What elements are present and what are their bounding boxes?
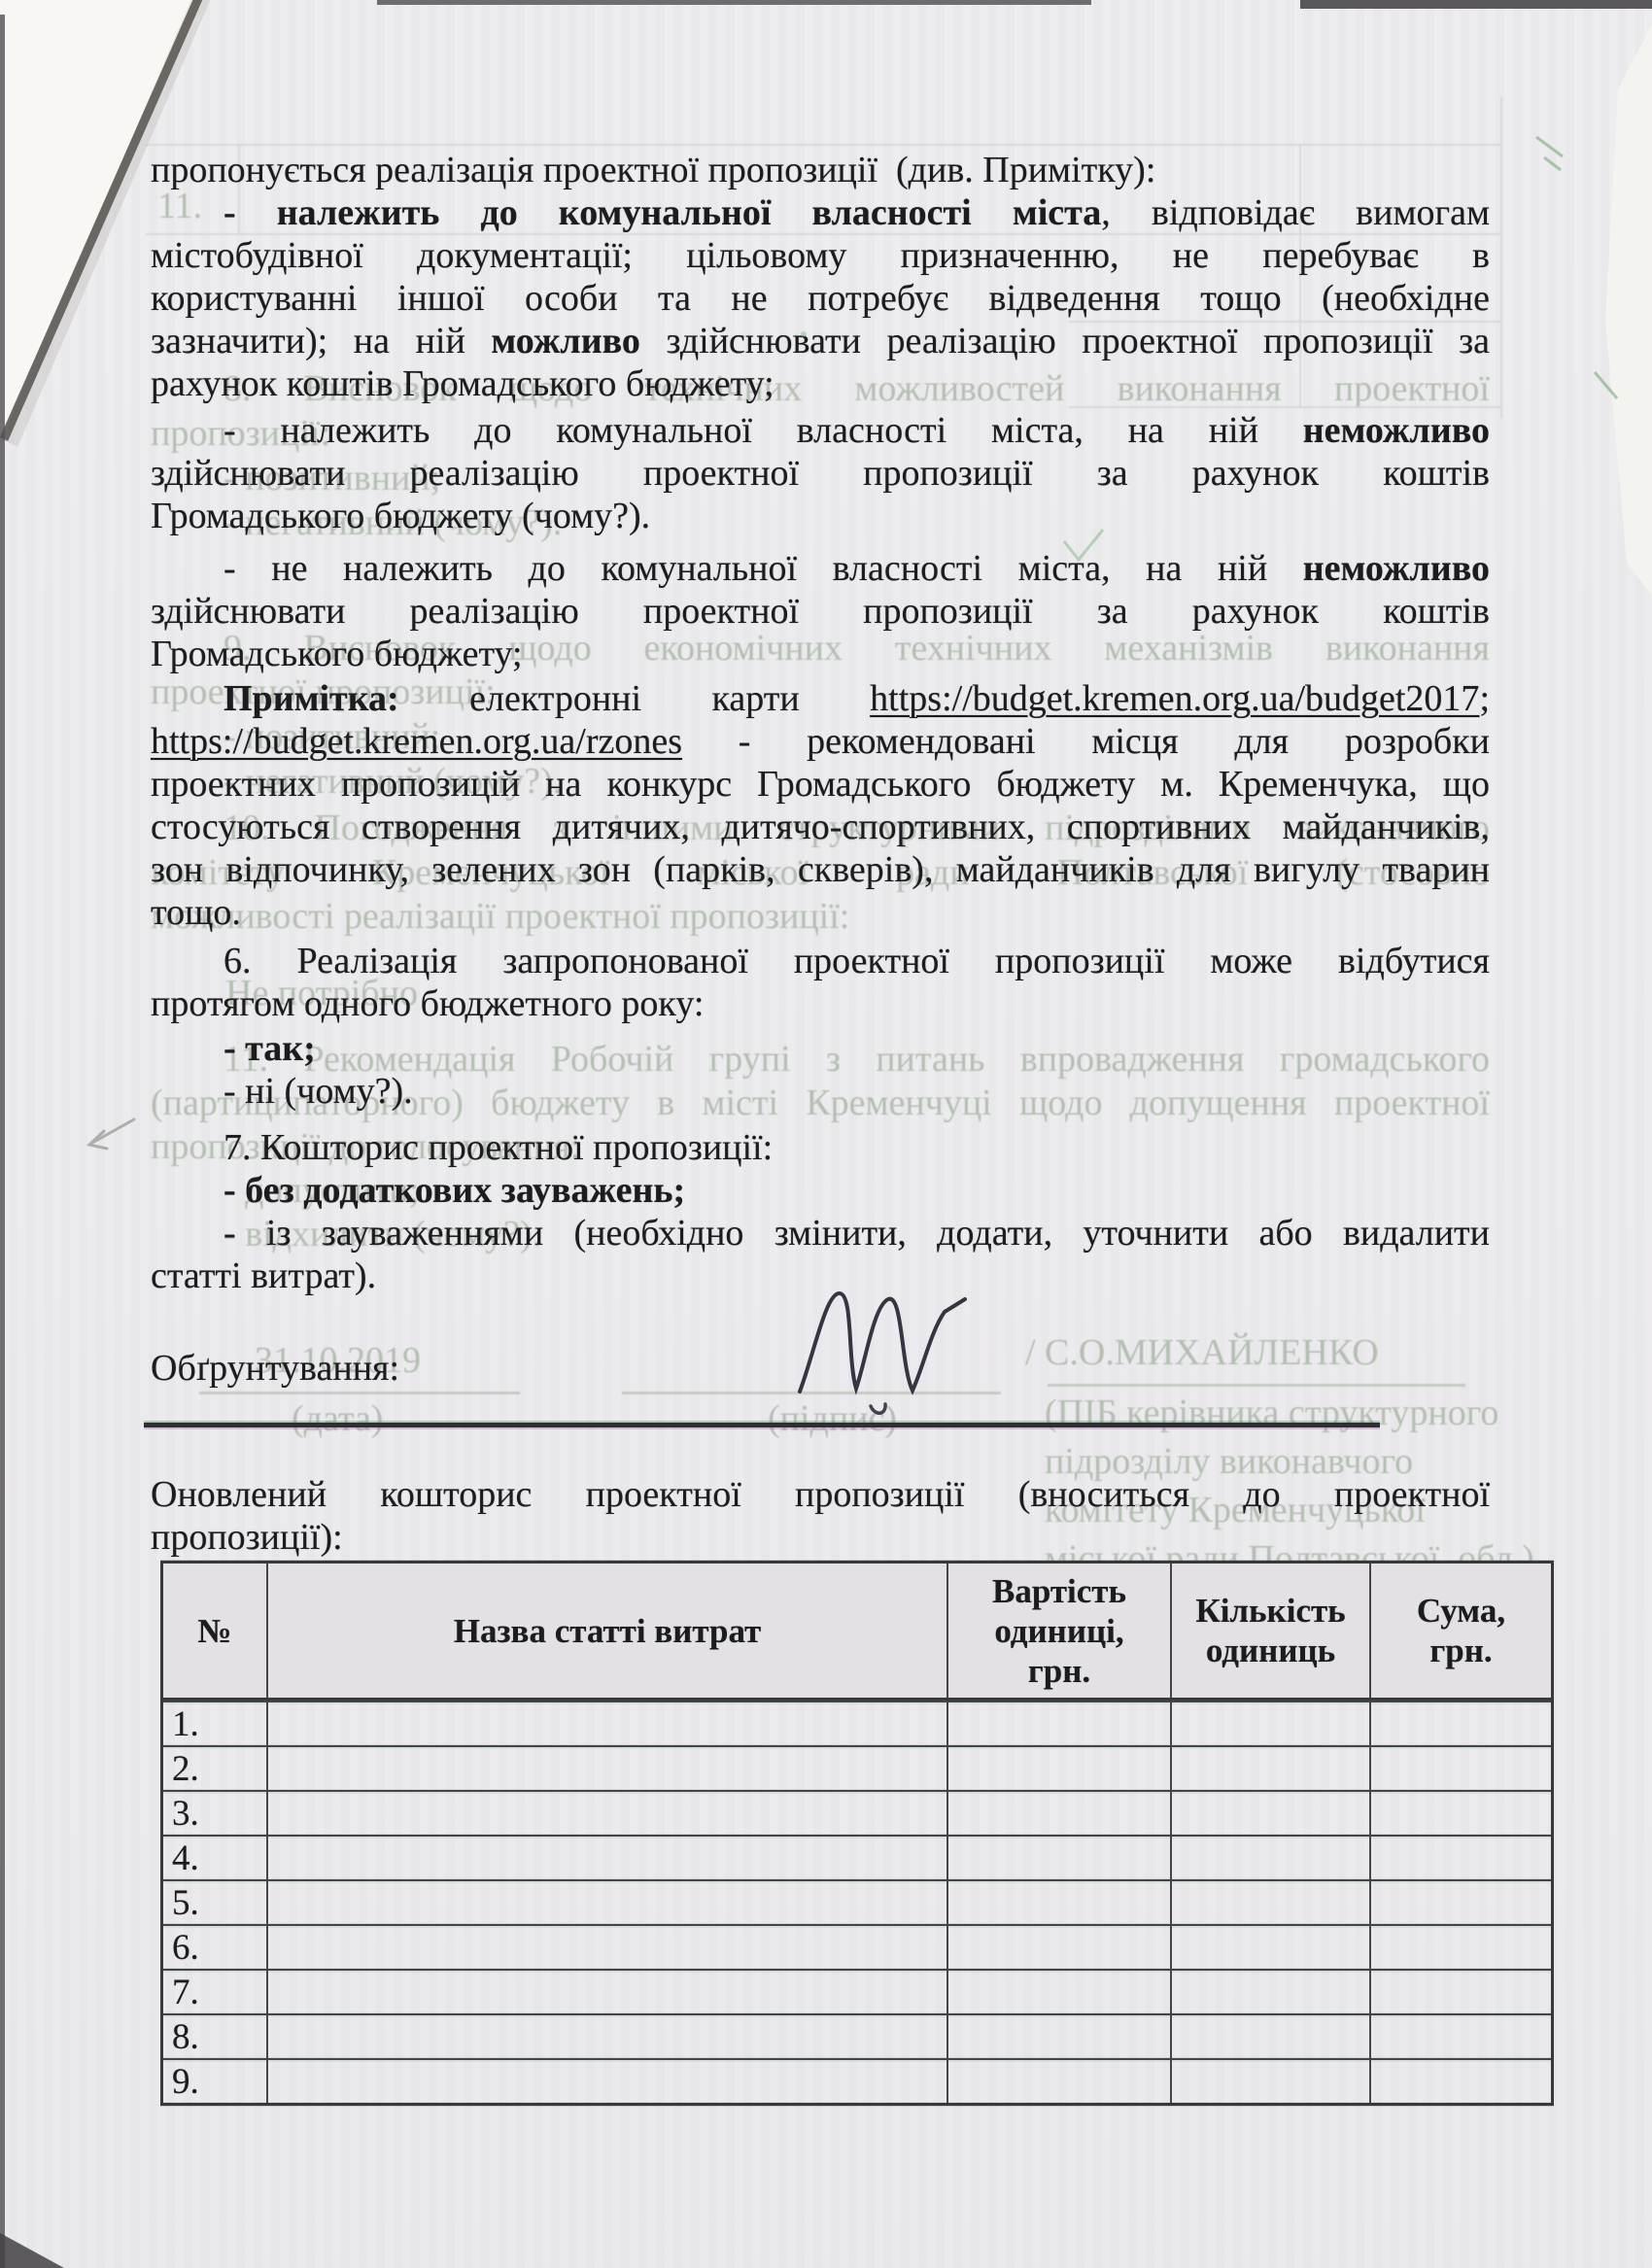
document-line: користуванні іншої особи та не потребує …	[151, 277, 1490, 320]
table-header-row: №Назва статті витратВартість одиниці, гр…	[163, 1564, 1551, 1701]
empty-cell	[948, 1747, 1172, 1790]
empty-cell	[1371, 1702, 1551, 1745]
empty-cell	[1172, 2060, 1371, 2103]
document-line: стосуються створення дитячих, дитячо-спо…	[151, 806, 1490, 848]
table-row: 3.	[163, 1790, 1551, 1835]
table-row: 4.	[163, 1835, 1551, 1879]
empty-cell	[1371, 2060, 1551, 2103]
ghost-text: (дата)	[292, 1397, 383, 1440]
table-row: 8.	[163, 2013, 1551, 2058]
empty-cell	[268, 1837, 948, 1879]
empty-cell	[1172, 1971, 1371, 2013]
empty-cell	[1371, 1926, 1551, 1969]
url-text: https://budget.kremen.org.ua/rzones	[151, 721, 682, 762]
empty-cell	[1371, 1747, 1551, 1790]
empty-cell	[268, 1971, 948, 2013]
document-line: 7. Кошторис проектної пропозиції:	[151, 1126, 1490, 1169]
ghost-underline	[622, 1392, 1001, 1394]
empty-cell	[1172, 1702, 1371, 1745]
row-number-cell: 1.	[163, 1702, 268, 1745]
empty-cell	[1371, 1971, 1551, 2013]
updated-estimate-text: Оновлений кошторис проектної пропозиції …	[151, 1473, 1490, 1559]
ghost-gridline	[1500, 97, 1502, 418]
table-header-cell: Вартість одиниці, грн.	[948, 1564, 1172, 1698]
empty-cell	[268, 2015, 948, 2058]
empty-cell	[1172, 1926, 1371, 1969]
row-number-cell: 5.	[163, 1881, 268, 1924]
document-line: Громадського бюджету;	[151, 633, 1490, 675]
table-header-cell: Сума, грн.	[1371, 1564, 1551, 1698]
table-row: 6.	[163, 1924, 1551, 1969]
document-line: - без додаткових зауважень;	[151, 1169, 1490, 1212]
table-row: 7.	[163, 1969, 1551, 2013]
empty-cell	[1172, 2015, 1371, 2058]
document-line: 6. Реалізація запропонованої проектної п…	[151, 940, 1490, 982]
ghost-text: (підпис)	[768, 1397, 897, 1440]
document-line: Оновлений кошторис проектної пропозиції …	[151, 1473, 1490, 1516]
empty-cell	[1371, 1792, 1551, 1835]
document-line: протягом одного бюджетного року:	[151, 982, 1490, 1025]
empty-cell	[948, 1702, 1172, 1745]
empty-cell	[268, 1702, 948, 1745]
document-line: містобудівної документації; цільовому пр…	[151, 234, 1490, 277]
empty-cell	[948, 1837, 1172, 1879]
empty-cell	[1172, 1837, 1371, 1879]
document-line: - ні (чому?).	[151, 1070, 1490, 1113]
cost-estimate-table: №Назва статті витратВартість одиниці, гр…	[160, 1561, 1554, 2106]
horizontal-rule	[144, 1423, 1380, 1427]
empty-cell	[268, 1926, 948, 1969]
row-number-cell: 7.	[163, 1971, 268, 2013]
table-header-cell: №	[163, 1564, 268, 1698]
table-header-cell: Кількість одиниць	[1172, 1564, 1371, 1698]
document-line: тощо.	[151, 891, 1490, 934]
empty-cell	[1172, 1792, 1371, 1835]
document-line: зазначити); на ній можливо здійснювати р…	[151, 320, 1490, 362]
empty-cell	[948, 1881, 1172, 1924]
empty-cell	[1371, 1881, 1551, 1924]
ghost-underline	[1048, 1384, 1465, 1387]
document-line: - належить до комунальної власності міст…	[151, 191, 1490, 234]
empty-cell	[1371, 1837, 1551, 1879]
table-row: 1.	[163, 1701, 1551, 1745]
document-line: Примітка: електронні карти https://budge…	[151, 677, 1490, 720]
empty-cell	[268, 2060, 948, 2103]
justification-label: Обґрунтування:	[151, 1347, 399, 1390]
ghost-text: (ПІБ керівника структурного	[1045, 1392, 1498, 1434]
document-line: - не належить до комунальної власності м…	[151, 547, 1490, 590]
empty-cell	[1172, 1881, 1371, 1924]
row-number-cell: 6.	[163, 1926, 268, 1969]
document-line: пропозиції):	[151, 1516, 1490, 1559]
table-row: 2.	[163, 1745, 1551, 1790]
row-number-cell: 9.	[163, 2060, 268, 2103]
document-line: - із зауваженнями (необхідно змінити, до…	[151, 1212, 1490, 1254]
document-line: - належить до комунальної власності міст…	[151, 409, 1490, 452]
row-number-cell: 3.	[163, 1792, 268, 1835]
ghost-underline	[199, 1392, 520, 1394]
document-line: Громадського бюджету (чому?).	[151, 495, 1490, 537]
document-line: рахунок коштів Громадського бюджету;	[151, 362, 1490, 405]
empty-cell	[1172, 1747, 1371, 1790]
document-line: - так;	[151, 1027, 1490, 1070]
row-number-cell: 8.	[163, 2015, 268, 2058]
table-header-cell: Назва статті витрат	[268, 1564, 948, 1698]
table-row: 5.	[163, 1879, 1551, 1924]
empty-cell	[268, 1792, 948, 1835]
document-body-text: пропонується реалізація проектної пропоз…	[151, 149, 1490, 1297]
empty-cell	[268, 1881, 948, 1924]
ghost-text: / С.О.МИХАЙЛЕНКО	[1025, 1331, 1379, 1374]
document-line: проектних пропозицій на конкурс Громадсь…	[151, 763, 1490, 806]
document-line: пропонується реалізація проектної пропоз…	[151, 149, 1490, 191]
empty-cell	[948, 1792, 1172, 1835]
empty-cell	[948, 2015, 1172, 2058]
table-row: 9.	[163, 2058, 1551, 2103]
document-line: зон відпочинку, зелених зон (парків, скв…	[151, 848, 1490, 891]
empty-cell	[268, 1747, 948, 1790]
scanned-document-page: { "colors": { "paper": "#ecebee", "ink":…	[0, 0, 1652, 2268]
url-text: https://budget.kremen.org.ua/budget2017	[870, 678, 1479, 719]
document-line: https://budget.kremen.org.ua/rzones - ре…	[151, 720, 1490, 763]
empty-cell	[1371, 2015, 1551, 2058]
empty-cell	[948, 1971, 1172, 2013]
empty-cell	[948, 2060, 1172, 2103]
document-line: здійснювати реалізацію проектної пропози…	[151, 452, 1490, 495]
document-line: статті витрат).	[151, 1254, 1490, 1297]
row-number-cell: 4.	[163, 1837, 268, 1879]
row-number-cell: 2.	[163, 1747, 268, 1790]
document-line: здійснювати реалізацію проектної пропози…	[151, 590, 1490, 633]
empty-cell	[948, 1926, 1172, 1969]
